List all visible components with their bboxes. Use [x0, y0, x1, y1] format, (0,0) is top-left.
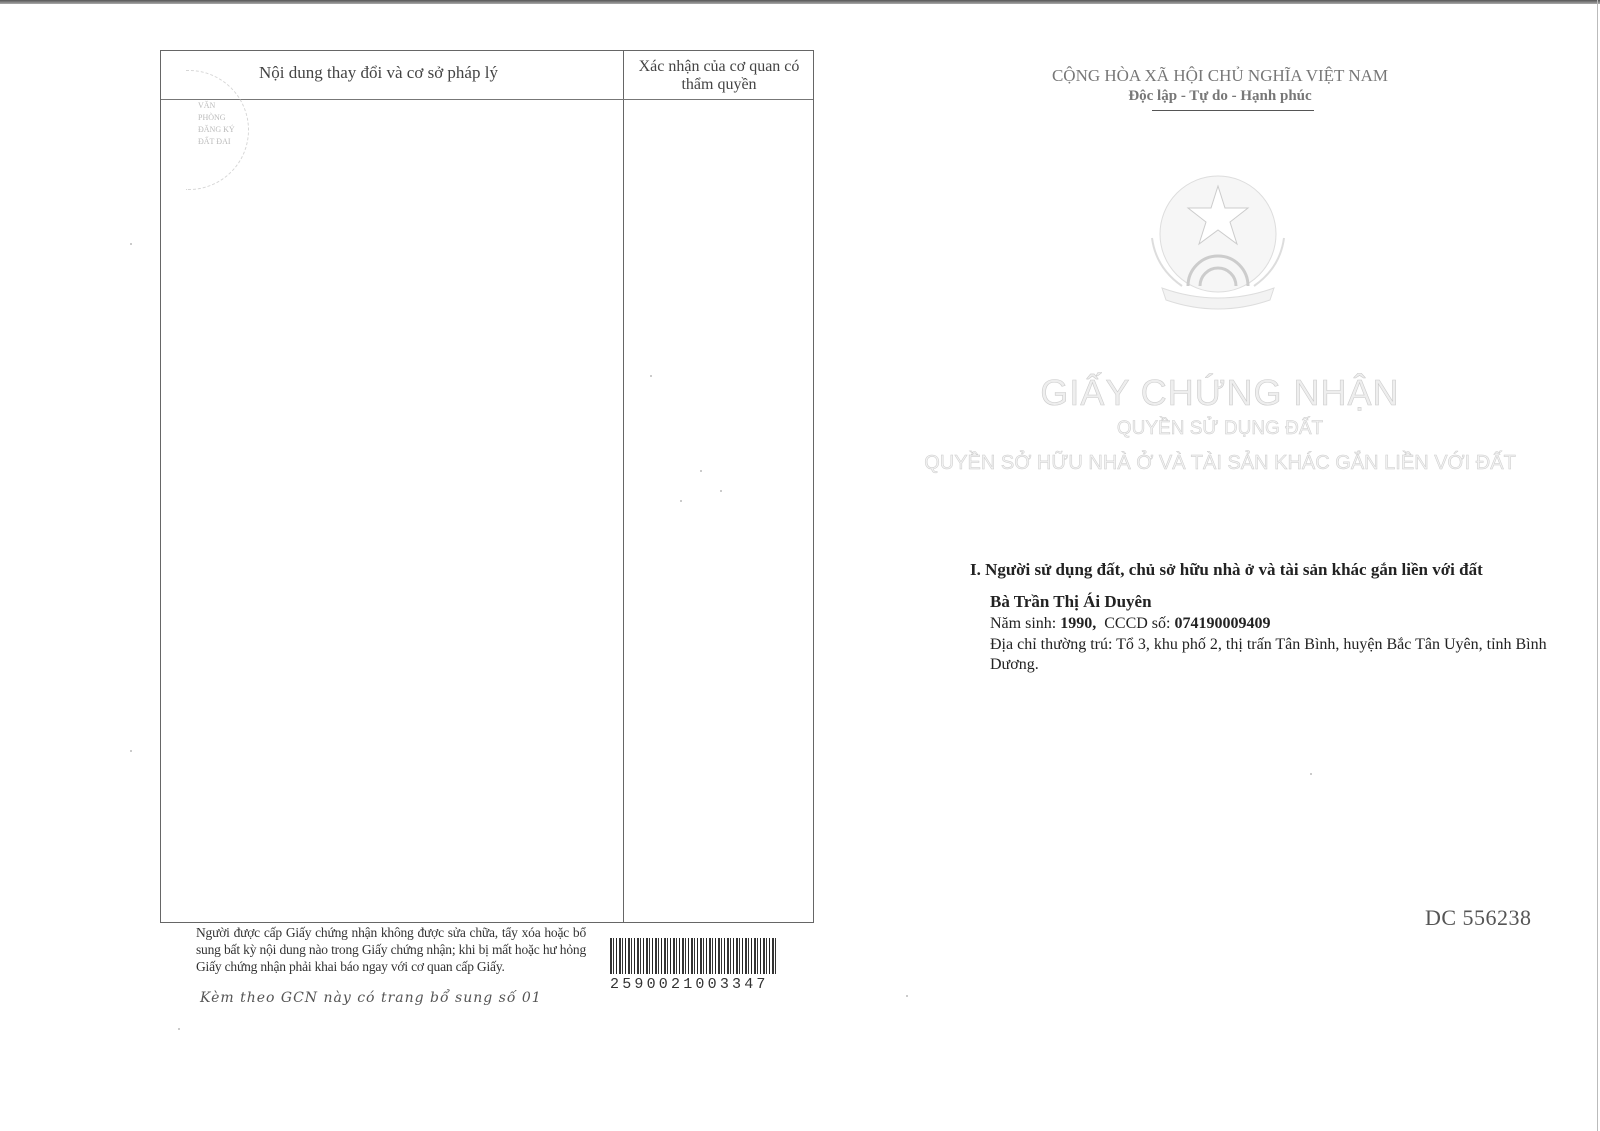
column-header-confirmation: Xác nhận của cơ quan có thẩm quyền — [623, 58, 815, 94]
owner-name: Bà Trần Thị Ái Duyên — [990, 592, 1152, 612]
id-number: 074190009409 — [1174, 615, 1270, 632]
scan-top-edge — [0, 0, 1600, 4]
scan-speck — [700, 470, 702, 472]
certificate-title: GIẤY CHỨNG NHẬN — [900, 372, 1540, 414]
scan-speck — [178, 1028, 180, 1030]
scan-speck — [1310, 773, 1312, 775]
birth-label: Năm sinh: — [990, 615, 1056, 632]
section-title-owner: I. Người sử dụng đất, chủ sở hữu nhà ở v… — [970, 560, 1483, 580]
scan-speck — [650, 375, 652, 377]
scan-speck — [130, 750, 132, 752]
owner-birth-id: Năm sinh: 1990, CCCD số: 074190009409 — [990, 615, 1270, 633]
barcode-number: 2590021003347 — [610, 976, 780, 993]
certificate-subtitle-ownership: QUYỀN SỞ HỮU NHÀ Ở VÀ TÀI SẢN KHÁC GẮN L… — [900, 452, 1540, 475]
motto-underline — [1152, 110, 1314, 111]
scan-speck — [906, 995, 908, 997]
scan-speck — [130, 243, 132, 245]
column-header-changes: Nội dung thay đổi và cơ sở pháp lý — [259, 63, 498, 83]
nation-heading: CỘNG HÒA XÃ HỘI CHỦ NGHĨA VIỆT NAM — [1000, 66, 1440, 86]
national-emblem-icon — [1142, 168, 1294, 318]
column-divider — [623, 51, 624, 922]
seal-stamp-text: VĂN PHÒNG ĐĂNG KÝ ĐẤT ĐAI — [198, 100, 238, 148]
scan-speck — [720, 490, 722, 492]
motto: Độc lập - Tự do - Hạnh phúc — [1000, 88, 1440, 105]
barcode-icon — [610, 938, 778, 974]
changes-table: Nội dung thay đổi và cơ sở pháp lý Xác n… — [160, 50, 814, 923]
birth-year: 1990, — [1060, 615, 1096, 632]
id-label: CCCD số: — [1104, 615, 1170, 632]
scan-speck — [680, 500, 682, 502]
handwritten-note: Kèm theo GCN này có trang bổ sung số 01 — [200, 990, 542, 1006]
serial-number: DC 556238 — [1425, 905, 1532, 931]
header-divider — [161, 99, 813, 100]
scan-right-edge — [1597, 0, 1598, 1131]
owner-address: Địa chỉ thường trú: Tổ 3, khu phố 2, thị… — [990, 635, 1570, 675]
certificate-subtitle-land-use: QUYỀN SỬ DỤNG ĐẤT — [900, 418, 1540, 440]
legal-notice: Người được cấp Giấy chứng nhận không đượ… — [196, 924, 586, 975]
